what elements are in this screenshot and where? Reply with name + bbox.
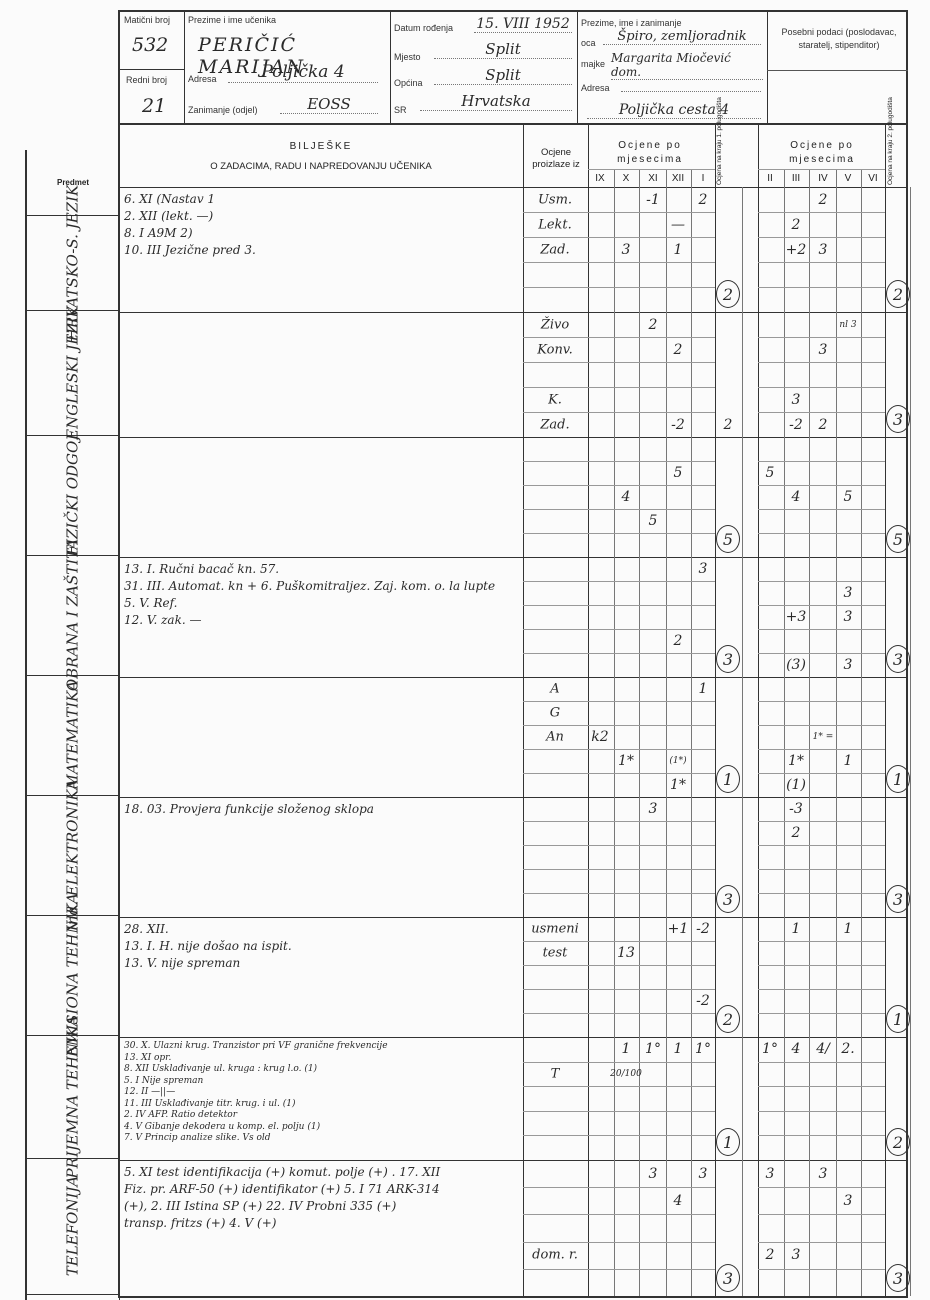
grade-cell: 2. (841, 1041, 854, 1057)
subject-row: 13. I. Ručni bacač kn. 57.31. III. Autom… (120, 557, 906, 678)
note-line: 5. V. Ref. (124, 595, 519, 612)
note-line: Fiz. pr. ARF-50 (+) identifikator (+) 5.… (124, 1181, 519, 1198)
student-name-box: Prezime i ime učenika PERIČIĆ MARIJAN Ad… (184, 12, 391, 125)
grade-cell: 1* (788, 753, 804, 769)
mother-value: Margarita Miočević dom. (611, 51, 763, 80)
grade-cell: 4 (792, 1041, 801, 1057)
month-header: XI (641, 173, 665, 184)
note-line: 8. I A9M 2) (124, 225, 519, 242)
grade-source: An (546, 730, 564, 745)
grade-cell: 3 (622, 242, 631, 258)
note-line: 5. XI test identifikacija (+) komut. pol… (124, 1164, 519, 1181)
subject-label: TELEFONIJA (27, 1158, 119, 1295)
grade-cell: -2 (696, 993, 710, 1009)
monthly-grades-header-1: Ocjene po mjesecima (588, 139, 712, 167)
subject-row: ŽivoKonv.K.Zad.2nl 3233-22-223 (120, 312, 906, 438)
grade-cell: 3 (844, 657, 853, 673)
month-header: X (614, 173, 638, 184)
final-grade-2: 2 (886, 1128, 910, 1156)
final-grade-2: 3 (886, 885, 910, 913)
grade-cell: nl 3 (839, 320, 856, 330)
grade-cell: 20/100 (610, 1069, 642, 1079)
grade-cell: 3 (819, 242, 828, 258)
grade-cell: 3 (792, 1247, 801, 1263)
student-header: Matični broj 532 Redni broj 21 Prezime i… (118, 10, 908, 125)
note-line: 4. V Gibanje dekodera u komp. el. polju … (124, 1122, 519, 1134)
republic-label: SR (394, 105, 407, 115)
subject-name: TELEFONIJA (65, 1176, 82, 1276)
grade-cell: 1 (844, 753, 853, 769)
grades-table: BILJEŠKE O ZADACIMA, RADU I NAPREDOVANJU… (118, 123, 908, 1298)
subject-name: ENGLESKI JEZIK (65, 306, 82, 440)
subject-notes: 6. XI (Nastav 12. XII (lekt. —)8. I A9M … (124, 191, 519, 259)
grade-cell: 2 (699, 192, 708, 208)
final-grade-2: 5 (886, 525, 910, 553)
note-line: 31. III. Automat. kn + 6. Puškomitraljez… (124, 578, 519, 595)
subject-row: AGAn1k21* =1*(1*)1*11*(1)11 (120, 677, 906, 798)
subject-name: OBRANA I ZAŠTITA (65, 539, 82, 691)
grade-cell: -1 (646, 192, 660, 208)
grade-cell: 1 (622, 1041, 631, 1057)
grade-source: dom. r. (532, 1248, 578, 1263)
grade-cell: 3 (819, 342, 828, 358)
student-name-label: Prezime i ime učenika (188, 15, 276, 25)
note-line: 6. XI (Nastav 1 (124, 191, 519, 208)
grade-cell: 4 (622, 489, 631, 505)
month-header: V (836, 173, 860, 184)
grade-cell: 1° (695, 1041, 711, 1057)
note-line: 2. XII (lekt. —) (124, 208, 519, 225)
final-grade-2: 3 (886, 645, 910, 673)
notes-title: BILJEŠKE (120, 141, 522, 152)
maticni-broj-label: Matični broj (124, 15, 170, 25)
grade-cell: 1° (645, 1041, 661, 1057)
grade-cell: 5 (674, 465, 683, 481)
final-grade-2: 3 (886, 405, 910, 433)
grade-cell: +2 (786, 242, 807, 258)
maticni-broj-value: 532 (132, 34, 168, 56)
note-line: 7. V Princip analize slike. Vs old (124, 1133, 519, 1145)
subject-row: 5. XI test identifikacija (+) komut. pol… (120, 1160, 906, 1297)
grade-cell: -2 (789, 417, 803, 433)
grade-cell: k2 (591, 729, 608, 745)
grade-cell: 3 (819, 1166, 828, 1182)
grade-source: Lekt. (538, 218, 572, 233)
grade-cell: 1 (674, 242, 683, 258)
grade-cell: 3 (699, 561, 708, 577)
month-header: I (691, 173, 715, 184)
address-label: Adresa (188, 74, 217, 84)
redni-broj-value: 21 (142, 95, 166, 117)
grade-source: usmeni (531, 922, 579, 937)
subject-label: OBRANA I ZAŠTITA (27, 555, 119, 676)
table-header-row: BILJEŠKE O ZADACIMA, RADU I NAPREDOVANJU… (120, 125, 906, 188)
note-line: 5. I Nije spreman (124, 1076, 519, 1088)
address-value: Poljička 4 (228, 62, 378, 83)
grade-cell: 1 (792, 921, 801, 937)
month-header: III (784, 173, 808, 184)
grade-cell: (1*) (669, 756, 686, 766)
parent-address-label: Adresa (581, 83, 610, 93)
final-grade-1: 1 (716, 1128, 740, 1156)
subject-notes: 18. 03. Provjera funkcije složenog sklop… (124, 801, 519, 818)
parents-label: Prezime, ime i zanimanje (581, 18, 682, 28)
grade-cell: 3 (649, 801, 658, 817)
father-label: oca (581, 38, 596, 48)
municipality-value: Split (434, 66, 572, 85)
grade-cell: -2 (696, 921, 710, 937)
grade-cell: 2 (792, 217, 801, 233)
final-1-header: Ocjena na kraju 1. polugodišta (716, 125, 724, 185)
final-grade-2: 1 (886, 1005, 910, 1033)
final-grade-1: 2 (716, 1005, 740, 1033)
grade-cell: 13 (617, 945, 635, 961)
grade-cell: 5 (766, 465, 775, 481)
grade-cell: +1 (668, 921, 689, 937)
grade-cell: -2 (671, 417, 685, 433)
municipality-label: Općina (394, 78, 423, 88)
grade-source: test (543, 946, 568, 961)
subject-notes: 28. XII.13. I. H. nije došao na ispit.13… (124, 921, 519, 972)
father-value: Špiro, zemljoradnik (603, 29, 761, 45)
grade-cell: (3) (786, 657, 806, 673)
grade-cell: 2 (674, 633, 683, 649)
mother-label: majke (581, 59, 605, 69)
special-data-label: Posebni podaci (poslodavac, staratelj, s… (775, 26, 903, 52)
occupation-value: EOSS (280, 95, 378, 114)
grade-cell: 2 (819, 417, 828, 433)
month-header: IV (811, 173, 835, 184)
redni-broj-label: Redni broj (126, 75, 167, 85)
final-grade-1: 3 (716, 1264, 740, 1292)
note-line: 28. XII. (124, 921, 519, 938)
grade-source: Zad. (540, 418, 569, 433)
grade-cell: 2 (649, 317, 658, 333)
final-grade-1: 3 (716, 645, 740, 673)
note-line: 13. V. nije spreman (124, 955, 519, 972)
grade-cell: 3 (766, 1166, 775, 1182)
occupation-label: Zanimanje (odjel) (188, 105, 258, 115)
note-line: transp. fritzs (+) 4. V (+) (124, 1215, 519, 1232)
grade-cell: 1 (699, 681, 708, 697)
maticni-broj-box: Matični broj 532 (120, 12, 185, 70)
month-header: IX (588, 173, 612, 184)
final-grade-1: 1 (716, 765, 740, 793)
grade-source: T (551, 1067, 560, 1082)
grade-source: Zad. (540, 243, 569, 258)
note-line: 10. III Jezične pred 3. (124, 242, 519, 259)
note-line: 13. I. Ručni bacač kn. 57. (124, 561, 519, 578)
grade-cell: 3 (792, 392, 801, 408)
monthly-grades-header-2: Ocjene po mjesecima (760, 139, 884, 167)
grade-cell: 1* (618, 753, 634, 769)
note-line: 13. XI opr. (124, 1053, 519, 1065)
subject-row: 18. 03. Provjera funkcije složenog sklop… (120, 797, 906, 918)
notes-subtitle: O ZADACIMA, RADU I NAPREDOVANJU UČENIKA (120, 161, 522, 172)
grade-source: K. (548, 393, 562, 408)
grade-cell: -3 (789, 801, 803, 817)
grade-source: Konv. (537, 343, 573, 358)
parent-address-value: Poljička cesta 4 (587, 102, 761, 119)
birth-date-label: Datum rođenja (394, 23, 453, 33)
birth-box: Datum rođenja 15. VIII 1952 Mjesto Split… (390, 12, 578, 125)
grade-cell: 1* (670, 777, 686, 793)
grade-cell: 5 (844, 489, 853, 505)
subject-row: 55445555 (120, 437, 906, 558)
month-header: VI (861, 173, 885, 184)
note-line: (+), 2. III Istina SP (+) 22. IV Probni … (124, 1198, 519, 1215)
republic-value: Hrvatska (420, 92, 572, 111)
subject-row: 30. X. Ulazni krug. Tranzistor pri VF gr… (120, 1037, 906, 1161)
final-grade-2: 3 (886, 1264, 910, 1292)
grade-source: G (550, 706, 560, 721)
note-line: 18. 03. Provjera funkcije složenog sklop… (124, 801, 519, 818)
subject-label: HRVATSKO-S. JEZIK (27, 215, 119, 311)
grade-cell: — (671, 217, 685, 233)
grade-cell: +3 (786, 609, 807, 625)
final-grade-2: 2 (886, 280, 910, 308)
grade-cell: 2 (766, 1247, 775, 1263)
month-header: XII (666, 173, 690, 184)
note-line: 30. X. Ulazni krug. Tranzistor pri VF gr… (124, 1041, 519, 1053)
final-grade-2: 1 (886, 765, 910, 793)
note-line: 13. I. H. nije došao na ispit. (124, 938, 519, 955)
note-line: 12. V. zak. — (124, 612, 519, 629)
note-line: 8. XII Usklađivanje ul. kruga : krug l.o… (124, 1064, 519, 1076)
final-grade-1: 5 (716, 525, 740, 553)
subject-name: PRIJEMNA TEHNIKA (65, 1015, 82, 1178)
grade-source: A (550, 682, 559, 697)
subject-row: 6. XI (Nastav 12. XII (lekt. —)8. I A9M … (120, 187, 906, 313)
final-grade-1: 3 (716, 885, 740, 913)
month-header: II (758, 173, 782, 184)
grade-cell: 3 (649, 1166, 658, 1182)
final-2-header: Ocjena na kraju 2. polugodišta (887, 125, 895, 185)
final-grade-1: 2 (716, 280, 740, 308)
subject-row: 28. XII.13. I. H. nije došao na ispit.13… (120, 917, 906, 1038)
grade-cell: 4/ (816, 1041, 830, 1057)
grade-cell: 3 (844, 585, 853, 601)
subject-name: MATEMATIKA (65, 680, 82, 789)
grade-source: Usm. (538, 193, 572, 208)
grade-cell: (1) (786, 777, 806, 793)
subject-label: MATEMATIKA (27, 675, 119, 796)
subject-name: FIZIČKI ODGOJ (65, 435, 82, 556)
grade-cell: 4 (674, 1193, 683, 1209)
grade-source: Živo (541, 318, 569, 333)
subject-label: ENGLESKI JEZIK (27, 310, 119, 436)
grade-cell: 1 (844, 921, 853, 937)
grade-cell: 2 (819, 192, 828, 208)
subject-label: PRIJEMNA TEHNIKA (27, 1035, 119, 1159)
grade-cell: 2 (674, 342, 683, 358)
grade-cell: 1° (762, 1041, 778, 1057)
grade-cell: 1* = (813, 732, 834, 742)
note-line: 12. II —||— (124, 1087, 519, 1099)
note-line: 11. III Usklađivanje titr. krug. i ul. (… (124, 1099, 519, 1111)
parents-box: Prezime, ime i zanimanje oca Špiro, zeml… (577, 12, 768, 125)
subject-notes: 30. X. Ulazni krug. Tranzistor pri VF gr… (124, 1041, 519, 1145)
subject-column: Predmet HRVATSKO-S. JEZIKENGLESKI JEZIKF… (25, 150, 120, 1300)
place-label: Mjesto (394, 52, 421, 62)
grades-source-header: Ocjene proizlaze iz (525, 147, 587, 171)
grade-cell: 5 (649, 513, 658, 529)
subject-notes: 13. I. Ručni bacač kn. 57.31. III. Autom… (124, 561, 519, 629)
grade-cell: 3 (844, 609, 853, 625)
redni-broj-box: Redni broj 21 (120, 69, 185, 125)
grade-cell: 2 (792, 825, 801, 841)
subject-notes: 5. XI test identifikacija (+) komut. pol… (124, 1164, 519, 1232)
grade-cell: 2 (724, 417, 733, 433)
grade-cell: 1 (674, 1041, 683, 1057)
note-line: 2. IV AFP. Ratio detektor (124, 1110, 519, 1122)
grade-cell: 3 (844, 1193, 853, 1209)
birth-date-value: 15. VIII 1952 (474, 16, 572, 33)
grade-cell: 4 (792, 489, 801, 505)
place-value: Split (434, 40, 572, 59)
grade-cell: 3 (699, 1166, 708, 1182)
